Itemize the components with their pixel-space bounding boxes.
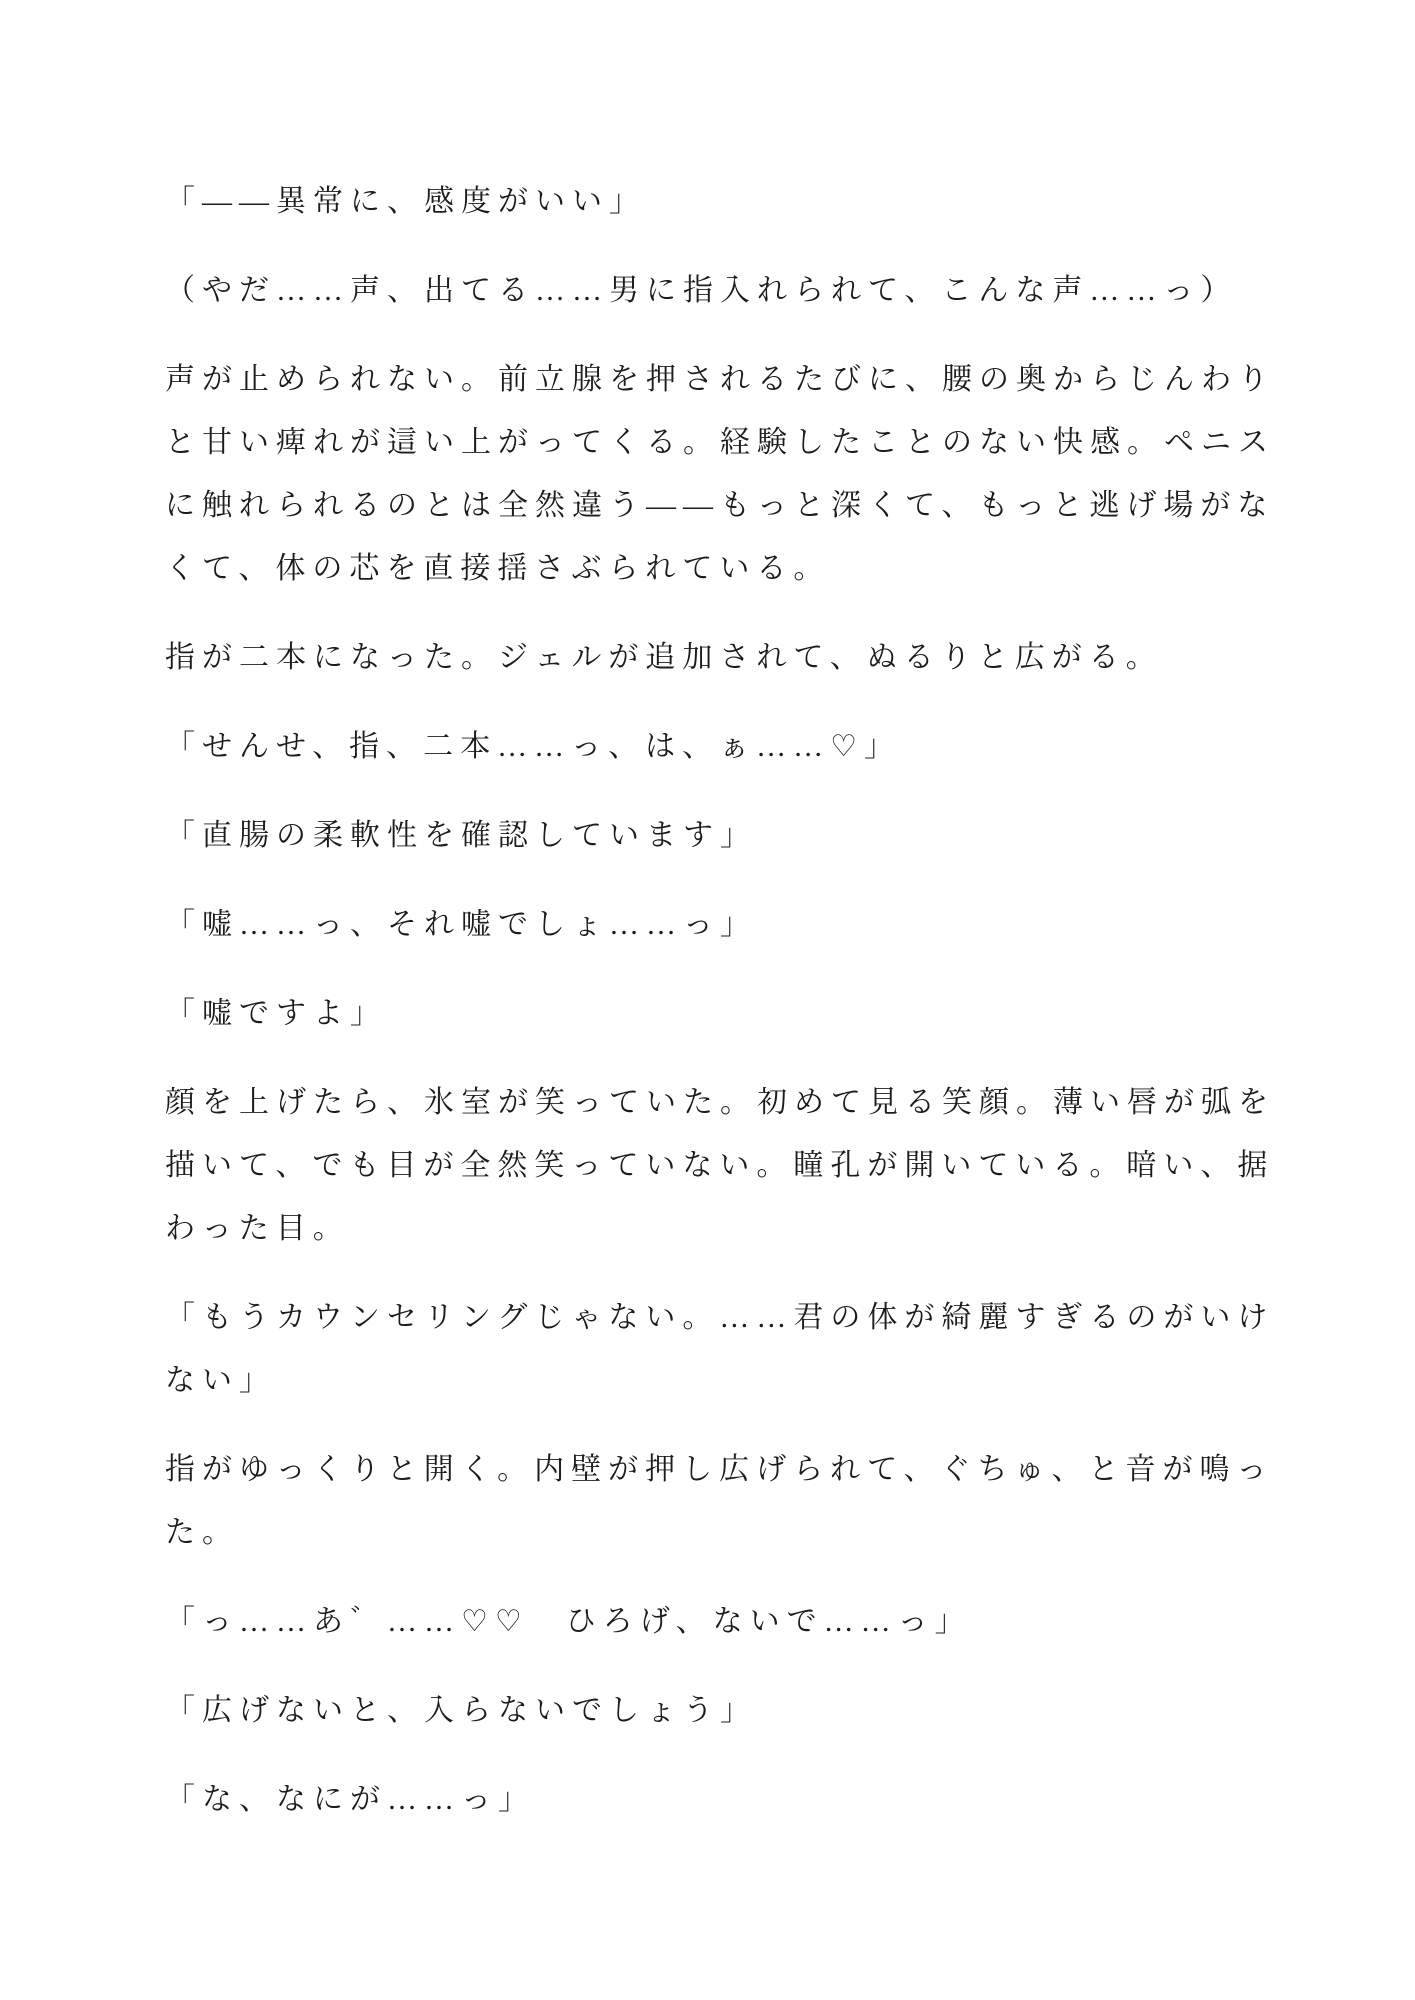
narration-paragraph: 指がゆっくりと開く。内壁が押し広げられて、ぐちゅ、と音が鳴っ た。 — [165, 1438, 1285, 1564]
dialogue-line: 「もうカウンセリングじゃない。……君の体が綺麗すぎるのがいけ ない」 — [165, 1286, 1285, 1412]
narration-paragraph: 顔を上げたら、氷室が笑っていた。初めて見る笑顔。薄い唇が弧を 描いて、でも目が全… — [165, 1071, 1285, 1260]
dialogue-line: 「直腸の柔軟性を確認しています」 — [165, 804, 1285, 867]
dialogue-line: 「な、なにが……っ」 — [165, 1768, 1285, 1831]
narration-paragraph: 指が二本になった。ジェルが追加されて、ぬるりと広がる。 — [165, 626, 1285, 689]
narration-paragraph: 声が止められない。前立腺を押されるたびに、腰の奥からじんわり と甘い痺れが這い上… — [165, 348, 1285, 600]
dialogue-line: 「っ……あ゛……♡♡ ひろげ、ないで……っ」 — [165, 1590, 1285, 1653]
dialogue-line: 「嘘……っ、それ嘘でしょ……っ」 — [165, 893, 1285, 956]
dialogue-line: 「――異常に、感度がいい」 — [165, 170, 1285, 233]
document-page: 「――異常に、感度がいい」 （やだ……声、出てる……男に指入れられて、こんな声…… — [0, 0, 1415, 2000]
dialogue-line: 「せんせ、指、二本……っ、は、ぁ……♡」 — [165, 715, 1285, 778]
dialogue-line: 「嘘ですよ」 — [165, 982, 1285, 1045]
thought-line: （やだ……声、出てる……男に指入れられて、こんな声……っ） — [165, 259, 1285, 322]
dialogue-line: 「広げないと、入らないでしょう」 — [165, 1679, 1285, 1742]
